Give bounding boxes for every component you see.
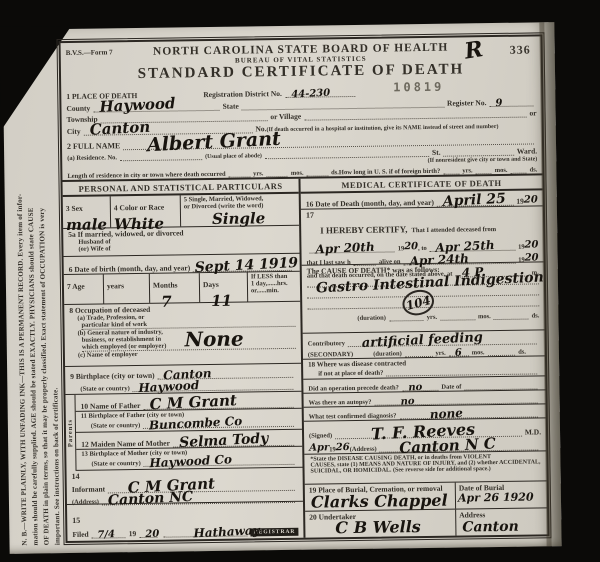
age-row: 7 Age years Months 7 Days 11 If LESS tha… [64,272,300,305]
yrs-label: yrs. [435,350,445,357]
sex-label: 3 Sex [66,204,83,213]
informant-row: 14 Informant C M Grant (Address) Canton … [67,468,303,505]
contributory-row: Contributory artificial feeding (SECONDA… [303,330,545,359]
last-saw-value: Apr 24th [409,251,469,268]
address-label: (Address) [350,446,377,453]
age-days-label: Days [203,280,219,289]
age-months-label: Months [153,280,178,289]
page-number: 336 [510,43,531,58]
color-race-label: 4 Color or Race [114,203,164,213]
father-name-label: 10 Name of Father [81,401,141,411]
filed-year-pre: 19 [129,529,137,538]
undertaker-row: 20 Undertaker C B Wells Address Canton [305,508,547,537]
ds-label: ds. [518,349,526,356]
yrs-label: yrs. [462,167,472,174]
mother-birthplace-value: Haywood Co [149,452,232,470]
city-value: Canton [89,118,150,139]
or-label: or [251,287,257,294]
operation-label: Did an operation precede death? [308,384,399,392]
date-of-birth-row: 6 Date of birth (month, day, and year) S… [64,254,300,275]
min-label: min. [266,287,279,294]
attended-to-year: 20 [524,239,538,250]
attended-from-value: Apr 20th [315,240,375,257]
margin-instructions: N. B.—WRITE PLAINLY, WITH UNFADING INK—T… [13,67,64,546]
certify-statement2: That I attended deceased from [411,226,496,234]
dod-label: 16 Date of Death (month, day, and year) [306,198,434,209]
informant-address-label: (Address) [72,499,99,506]
or-label: or [529,108,536,117]
md-label: M.D. [525,427,541,436]
footnote-row: *State the DISEASE CAUSING DEATH, or in … [304,451,546,484]
informant-address-value: Canton NC [108,489,194,509]
father-birthplace-sub: (State or country) [91,422,140,430]
filed-year-value: 20 [145,529,159,541]
certify-statement: I HEREBY CERTIFY, [320,224,407,235]
duration-label: (duration) [357,315,386,322]
certificate-paper: N. B.—WRITE PLAINLY, WITH UNFADING INK—T… [2,22,561,554]
q18-label2: if not at place of death? [318,370,383,378]
mos-label: mos. [495,167,508,174]
burial-date-value: Apr 26 1920 [458,491,534,505]
ds-label: ds. [532,312,540,319]
operation-value: no [408,382,422,394]
mother-birthplace-sub: (State or country) [91,460,140,468]
mos-label: mos. [478,313,491,320]
state-label: State [223,101,239,110]
age-label: 7 Age [67,282,85,291]
contributory-duration-value: 6 [454,347,461,358]
form-columns: PERSONAL AND STATISTICAL PARTICULARS 3 S… [62,173,547,541]
occupation-row: 8 Occupation of deceased (a) Trade, Prof… [64,302,301,367]
yrs-label: yrs. [427,314,437,321]
dod-value: April 25 [443,191,507,210]
handwritten-r-mark: R [463,36,485,64]
test-label: What test confirmed diagnosis? [309,412,397,420]
form-number: B.V.S.—Form 7 [66,48,113,57]
secondary-label: (SECONDARY) [308,351,353,359]
foreign-birth-label: How long in U. S. if of foreign birth? [339,168,440,176]
signed-year-value: 26 [336,442,350,453]
cause-of-death-row: The CAUSE OF DEATH* was as follows: Gast… [302,262,545,333]
date-of-label: Date of [441,384,461,391]
sex-race-marital-row: 3 Sex male 4 Color or Race White 5 Singl… [63,194,299,229]
ds-label: ds. [530,166,538,173]
city-label: City [67,127,81,136]
undertaker-address-value: Canton [462,519,519,536]
certificate-form: B.V.S.—Form 7 NORTH CAROLINA STATE BOARD… [59,34,550,543]
autopsy-label: Was there an autopsy? [309,399,372,407]
county-value: Haywood [99,94,176,116]
ds-label: ds. [331,169,339,176]
filed-date-value: 7/4 [97,529,115,541]
test-value: none [429,406,463,422]
birthplace-state-label: (State or country) [80,385,129,393]
filed-label: Filed [72,530,88,539]
registration-district-value: 44-230 [291,88,330,101]
informant-label: Informant [72,485,105,494]
occupation-value: None [185,327,244,352]
hrs-label: hrs. [277,280,288,287]
attended-from-year: 20 [404,241,418,252]
burial-row: 19 Place of Burial, Cremation, or remova… [305,481,547,511]
ward-label: Ward. [517,146,537,155]
parents-group: Parents 10 Name of Father C M Grant 11 B… [65,392,302,471]
duration-label: (duration) [373,350,402,357]
st-label: St. [432,147,441,156]
burial-value: Clarks Chappel [311,491,448,512]
birthplace-row: 9 Birthplace (city or town) Canton (Stat… [65,364,301,395]
certify-row: 17 I HEREBY CERTIFY, That I attended dec… [301,206,544,265]
signed-date-value: Apr [309,442,329,453]
dod-year-value: 20 [524,194,538,205]
mother-name-label: 12 Maiden Name of Mother [81,439,170,449]
autopsy-value: no [400,396,414,408]
dob-label: 6 Date of birth (month, day, and year) [69,263,191,274]
mos-label: mos. [291,170,304,177]
county-label: County [66,104,90,113]
register-no-value: 9 [495,98,502,109]
form-header: B.V.S.—Form 7 NORTH CAROLINA STATE BOARD… [61,36,542,89]
registrar-signature: Hathaway [193,523,260,540]
undertaker-value: C B Wells [335,517,421,537]
age-years-label: years [107,281,124,290]
medical-column: MEDICAL CERTIFICATE OF DEATH 16 Date of … [300,175,547,537]
certificate-number-stamp: 10819 [393,80,444,95]
village-label: or Village [270,112,301,121]
mos-label: mos. [472,349,485,356]
personal-column: PERSONAL AND STATISTICAL PARTICULARS 3 S… [62,179,305,541]
filed-row: 15 Filed 7/4 19 20 Hathaway REGISTRAR [67,512,303,541]
yrs-label: yrs. [253,170,263,177]
item-5a-row: 5a If married, widowed, or divorced Husb… [63,226,299,257]
